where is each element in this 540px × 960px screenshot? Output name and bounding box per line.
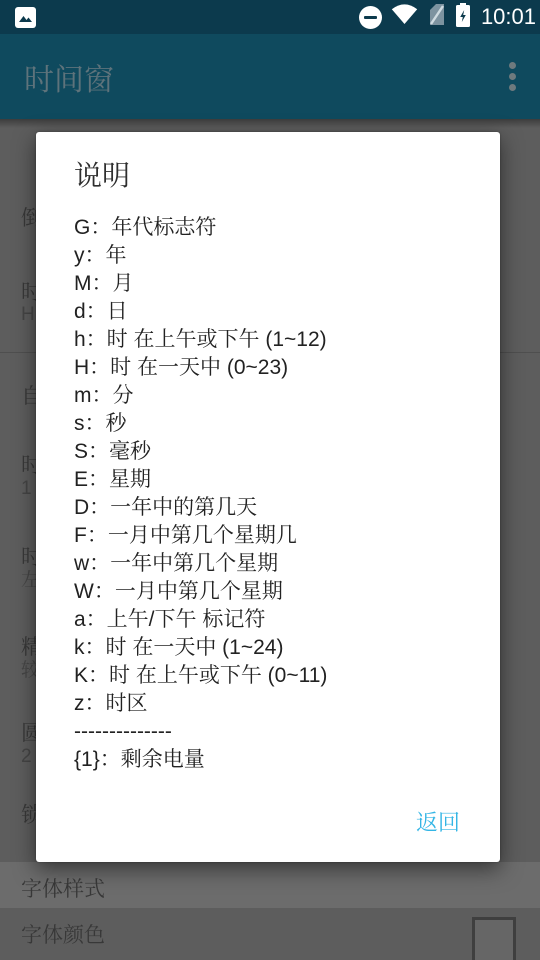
font-style-label: 字体样式 — [21, 873, 105, 903]
overflow-menu-icon[interactable] — [490, 47, 534, 107]
format-line: D：一年中的第几天 — [74, 494, 462, 522]
dialog-title: 说明 — [74, 158, 462, 194]
status-bar-right: 10:01 — [359, 3, 540, 32]
photo-notification-icon — [15, 7, 36, 28]
format-line: d：日 — [74, 298, 462, 326]
format-line: k：时 在一天中 (1~24) — [74, 634, 462, 662]
format-line: z：时区 — [74, 690, 462, 718]
font-color-label: 字体颜色 — [21, 919, 105, 949]
phone-screen: 10:01 时间窗 倒 时 H 自 时 1 时 左 精 较 圆 2 锁 字体样式… — [0, 0, 540, 960]
app-bar: 时间窗 — [0, 34, 540, 119]
font-color-swatch[interactable] — [472, 917, 516, 960]
help-dialog: 说明 G：年代标志符y：年M：月d：日h：时 在上午或下午 (1~12)H：时 … — [36, 132, 500, 862]
format-line: {1}：剩余电量 — [74, 746, 462, 774]
format-line: W：一月中第几个星期 — [74, 578, 462, 606]
format-line: S：毫秒 — [74, 438, 462, 466]
format-line: h：时 在上午或下午 (1~12) — [74, 326, 462, 354]
wifi-icon — [391, 3, 418, 31]
battery-charging-icon — [456, 3, 470, 32]
format-line: M：月 — [74, 270, 462, 298]
do-not-disturb-icon — [359, 6, 382, 29]
format-line: E：星期 — [74, 466, 462, 494]
settings-row-fragment: H — [21, 303, 35, 327]
format-line: H：时 在一天中 (0~23) — [74, 354, 462, 382]
format-line: a：上午/下午 标记符 — [74, 606, 462, 634]
format-line: -------------- — [74, 718, 462, 746]
settings-row-fragment: 1 — [21, 477, 32, 501]
format-line: m：分 — [74, 382, 462, 410]
back-button[interactable]: 返回 — [416, 811, 460, 835]
format-line: F：一月中第几个星期几 — [74, 522, 462, 550]
format-line: w：一年中第几个星期 — [74, 550, 462, 578]
app-bar-shadow — [0, 119, 540, 128]
dialog-body: G：年代标志符y：年M：月d：日h：时 在上午或下午 (1~12)H：时 在一天… — [74, 214, 462, 774]
no-sim-icon — [427, 3, 447, 31]
format-line: y：年 — [74, 242, 462, 270]
format-line: G：年代标志符 — [74, 214, 462, 242]
status-bar: 10:01 — [0, 0, 540, 34]
format-line: s：秒 — [74, 410, 462, 438]
status-bar-clock: 10:01 — [481, 4, 536, 30]
status-bar-left — [0, 7, 359, 28]
app-title: 时间窗 — [24, 55, 490, 99]
format-line: K：时 在上午或下午 (0~11) — [74, 662, 462, 690]
settings-row-fragment: 2 — [21, 745, 32, 769]
